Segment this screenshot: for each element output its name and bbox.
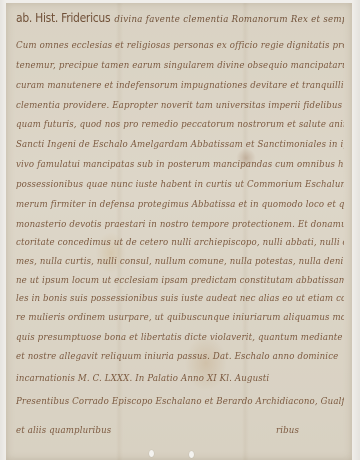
text-line-1: Cum omnes ecclesias et religiosas person…: [16, 41, 344, 52]
text-line-15: re mulieris ordinem usurpare, ut quibusc…: [16, 313, 344, 324]
text-line-8: possessionibus quae nunc iuste habent in…: [16, 180, 344, 191]
text-line-16: quis presumptuose bona et libertatis dic…: [16, 333, 344, 344]
text-line-5: quam futuris, quod nos pro remedio pecca…: [16, 120, 344, 131]
text-line-17: et nostre allegavit reliquum iniuria pas…: [16, 352, 344, 363]
closing-line: et aliis quampluribus: [16, 426, 136, 437]
seal-hole: [149, 450, 154, 457]
seal-hole: [189, 451, 194, 458]
text-line-3: curam manutenere et indefensorum impugna…: [16, 81, 344, 92]
text-line-14: les in bonis suis possessionibus suis iu…: [16, 294, 344, 305]
title-rest: divina favente clementia Romanorum Rex e…: [114, 15, 344, 25]
text-line-13: ne ut ipsum locum ut ecclesiam ipsam pre…: [16, 276, 344, 287]
text-line-6: Sancti Ingeni de Eschalo Amelgardam Abba…: [16, 140, 344, 151]
text-line-4: clementia providere. Eapropter noverit t…: [16, 101, 344, 112]
text-line-11: ctoritate concedimus ut de cetero nulli …: [16, 238, 344, 249]
dating-line: incarnationis M. C. LXXX. In Palatio Ann…: [16, 374, 344, 385]
invocation-caps: ab. Hist. Fridericus: [16, 11, 110, 26]
text-line-12: mes, nulla curtis, nulli consul, nullum …: [16, 257, 344, 268]
parchment-sheet: ab. Hist. Fridericus divina favente clem…: [6, 3, 352, 460]
text-line-9: merum firmiter in defensa protegimus Abb…: [16, 200, 344, 211]
text-line-10: monasterio devotis praestari in nostro t…: [16, 220, 344, 231]
witness-line: Presentibus Corrado Episcopo Eschalano e…: [16, 397, 344, 408]
text-line-7: vivo famulatui mancipatas sub in posteru…: [16, 160, 344, 171]
charter-intitulatio: ab. Hist. Fridericus divina favente clem…: [16, 11, 344, 26]
text-line-2: tenemur, precipue tamen earum singularem…: [16, 61, 344, 72]
closing-line-right: ribus: [276, 426, 299, 437]
